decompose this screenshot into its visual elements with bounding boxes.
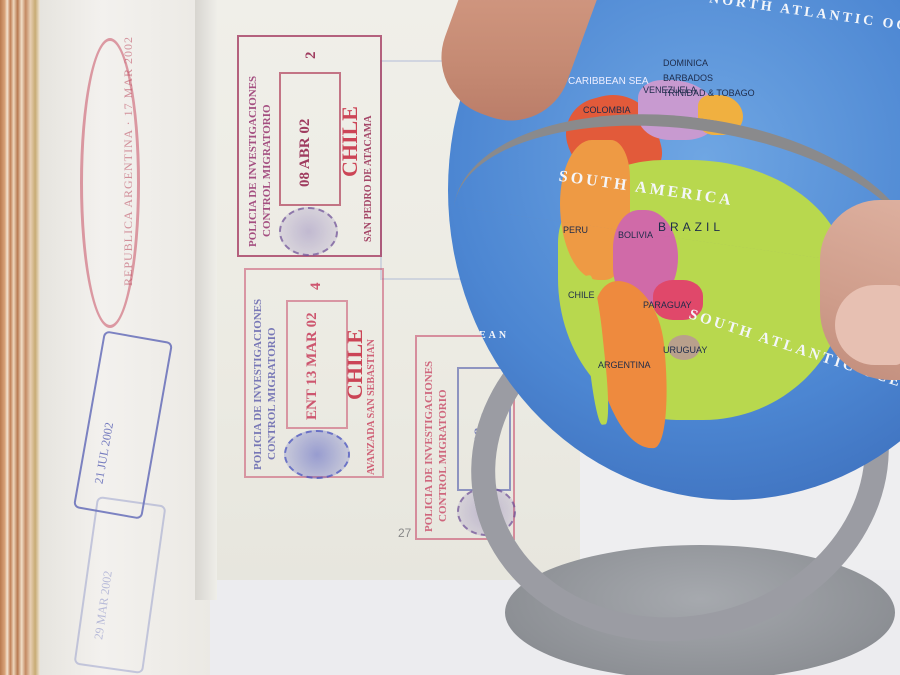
page-number: 27 — [398, 526, 411, 540]
passport-page-edges — [0, 0, 40, 675]
photo-scene: REPUBLICA ARGENTINA · 17 MAR 2002 21 JUL… — [0, 0, 900, 675]
passport-gutter — [195, 0, 217, 600]
seal-emblem — [284, 430, 350, 479]
seal-emblem — [279, 207, 338, 256]
chile-stamp-san-sebastian: POLICIA DE INVESTIGACIONES CONTROL MIGRA… — [244, 268, 384, 478]
argentina-oval-stamp: REPUBLICA ARGENTINA · 17 MAR 2002 — [80, 38, 140, 328]
chile-stamp-atacama: POLICIA DE INVESTIGACIONES CONTROL MIGRA… — [237, 35, 382, 257]
